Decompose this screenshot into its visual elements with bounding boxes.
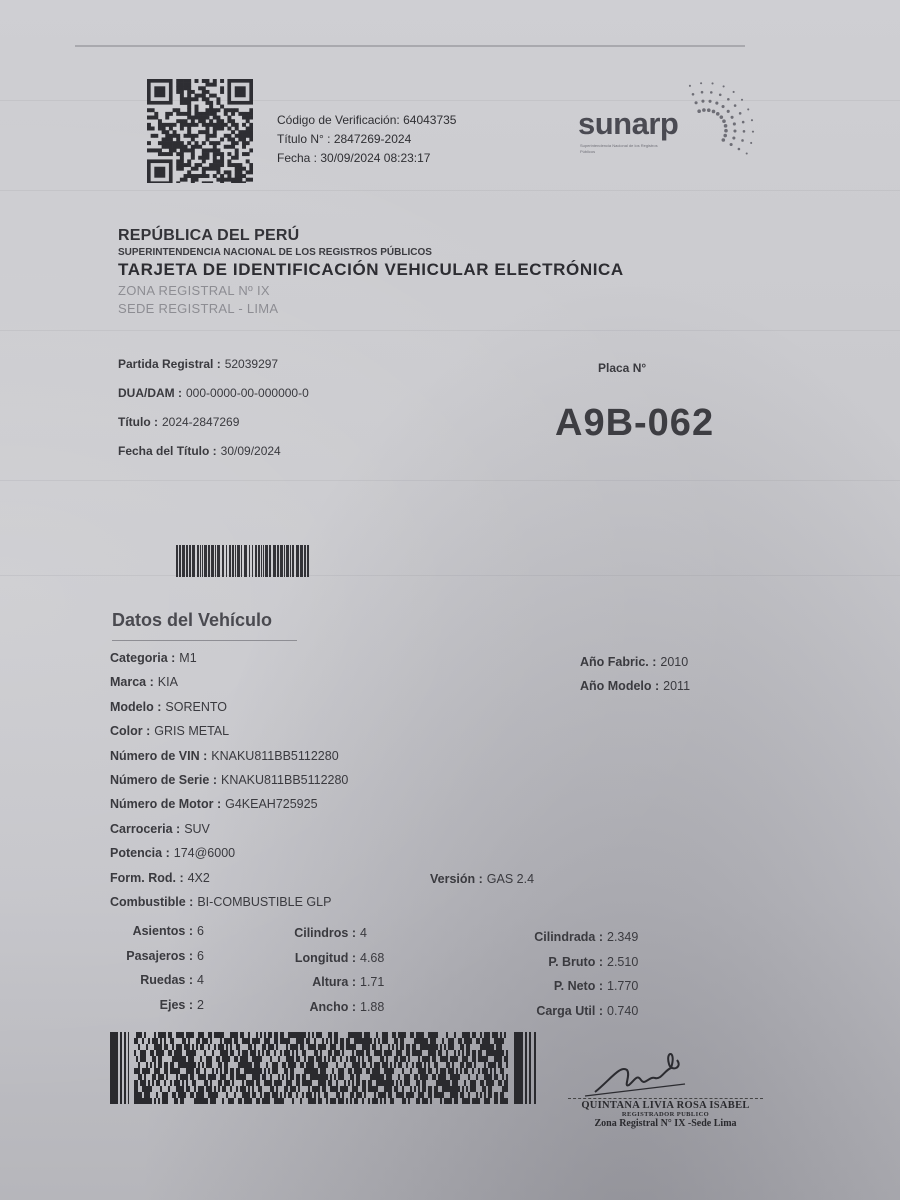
field-vin: Número de VIN :KNAKU811BB5112280 [110,749,348,773]
field-cilindros: Cilindros :4 [280,926,410,951]
field-longitud: Longitud :4.68 [280,951,410,976]
field-modelo: Modelo :SORENTO [110,700,348,724]
field-potencia: Potencia :174@6000 [110,846,348,870]
field-combustible: Combustible :BI-COMBUSTIBLE GLP [110,895,348,919]
signer-zone: Zona Registral N° IX -Sede Lima [568,1118,763,1129]
field-color: Color :GRIS METAL [110,724,348,748]
field-serie: Número de Serie :KNAKU811BB5112280 [110,773,348,797]
field-asientos: Asientos :6 [100,924,210,949]
field-ruedas: Ruedas :4 [100,973,210,998]
field-fecha-titulo: Fecha del Título :30/09/2024 [118,444,309,473]
bleed-through-line [0,190,900,191]
top-rule [75,45,745,47]
logo-subtitle: Superintendencia Nacional de los Registr… [580,143,670,155]
specs-column-dimensions: Cilindros :4 Longitud :4.68 Altura :1.71… [280,926,410,1024]
specs-column-weights: Cilindrada :2.349 P. Bruto :2.510 P. Net… [508,930,658,1028]
registry-fields: Partida Registral :52039297 DUA/DAM :000… [118,357,309,473]
field-dua: DUA/DAM :000-0000-00-000000-0 [118,386,309,415]
field-carroceria: Carroceria :SUV [110,822,348,846]
country-title: REPÚBLICA DEL PERÚ [118,227,624,245]
bleed-through-line [0,575,900,576]
section-divider [112,640,297,641]
field-form-rod: Form. Rod. :4X2 [110,871,348,895]
logo-wordmark: sunarp [578,106,678,142]
document-title: TARJETA DE IDENTIFICACIÓN VEHICULAR ELEC… [118,260,624,280]
title-number-row: Título N° : 2847269-2024 [277,130,456,149]
verification-code-row: Código de Verificación: 64043735 [277,111,456,130]
linear-barcode [176,545,311,577]
field-ejes: Ejes :2 [100,998,210,1023]
field-peso-neto: P. Neto :1.770 [508,979,658,1004]
field-titulo: Título :2024-2847269 [118,415,309,444]
bleed-through-line [0,100,900,101]
field-categoria: Categoria :M1 [110,651,348,675]
field-ano-modelo: Año Modelo :2011 [580,679,690,703]
field-ancho: Ancho :1.88 [280,1000,410,1025]
field-altura: Altura :1.71 [280,975,410,1000]
vehicle-section-title: Datos del Vehículo [112,610,272,631]
sunarp-logo: sunarp Superintendencia Nacional de los … [578,78,758,173]
institution-name: SUPERINTENDENCIA NACIONAL DE LOS REGISTR… [118,247,624,258]
plate-label: Placa N° [598,361,646,375]
field-pasajeros: Pasajeros :6 [100,949,210,974]
plate-number: A9B-062 [555,402,714,445]
vehicle-fields: Categoria :M1 Marca :KIA Modelo :SORENTO… [110,651,348,919]
specs-column-capacity: Asientos :6 Pasajeros :6 Ruedas :4 Ejes … [100,924,210,1022]
document-header: REPÚBLICA DEL PERÚ SUPERINTENDENCIA NACI… [118,227,624,316]
field-cilindrada: Cilindrada :2.349 [508,930,658,955]
verification-code: 64043735 [403,113,456,127]
field-marca: Marca :KIA [110,675,348,699]
field-motor: Número de Motor :G4KEAH725925 [110,797,348,821]
signature-scribble [565,1040,765,1100]
issue-date-row: Fecha : 30/09/2024 08:23:17 [277,149,456,168]
field-carga-util: Carga Util :0.740 [508,1004,658,1029]
field-ano-fabricacion: Año Fabric. :2010 [580,655,690,679]
signer-name: QUINTANA LIVIA ROSA ISABEL [568,1098,763,1111]
qr-code [147,79,253,183]
field-partida: Partida Registral :52039297 [118,357,309,386]
pdf417-barcode [110,1032,540,1104]
title-number: 2847269-2024 [334,132,411,146]
issue-date: 30/09/2024 08:23:17 [320,151,430,165]
field-peso-bruto: P. Bruto :2.510 [508,955,658,980]
registry-zone: ZONA REGISTRAL Nº IX [118,283,624,298]
year-fields: Año Fabric. :2010 Año Modelo :2011 [580,655,690,703]
signer-block: QUINTANA LIVIA ROSA ISABEL REGISTRADOR P… [568,1098,763,1129]
signer-role: REGISTRADOR PUBLICO [568,1111,763,1118]
field-version: Versión :GAS 2.4 [430,872,534,886]
bleed-through-line [0,480,900,481]
bleed-through-line [0,330,900,331]
registry-office: SEDE REGISTRAL - LIMA [118,301,624,316]
verification-block: Código de Verificación: 64043735 Título … [277,111,456,168]
